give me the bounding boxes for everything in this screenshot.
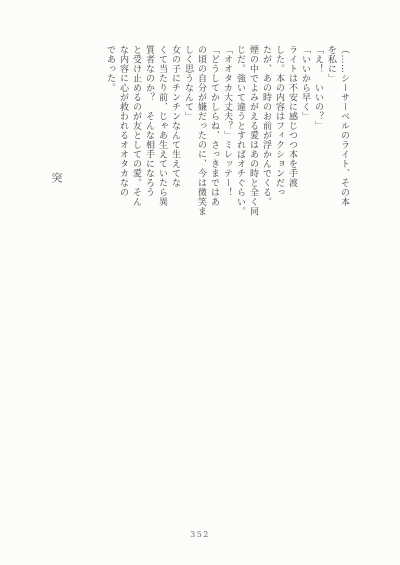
text-column: （……シーサーベルのライト、その本 [337,45,350,219]
text-column: 質者なのか？ そんな相手になろう [142,45,155,219]
page-number: 352 [190,530,210,539]
text-column: 「どうしてかしらね、さっきまではあ [207,45,220,219]
vertical-text-block: （……シーサーベルのライト、その本を私に」「え！ いいの？」「いいから早く」ライ… [103,45,350,219]
text-column: ライトは不安に感じつつ本を手渡 [285,45,298,219]
text-column: を私に」 [324,45,337,219]
text-column: な内容に心が救われるオオタカなの [116,45,129,219]
text-column: 「いいから早く」 [298,45,311,219]
text-column: であった。 [103,45,116,219]
margin-chapter-marker: 突 [48,172,64,184]
text-column: しく思うなんて」 [181,45,194,219]
text-column: 女の子にチンチンなんて生えてな [168,45,181,219]
text-column: 「え！ いいの？」 [311,45,324,219]
text-column: の頃の自分が嫌だったのに、今は微笑ま [194,45,207,219]
book-page: （……シーサーベルのライト、その本を私に」「え！ いいの？」「いいから早く」ライ… [0,0,400,565]
text-column: 「オオタカ大丈夫？」ミレッテー！ [220,45,233,219]
text-column: くて当たり前、じゃあ生えていたら異 [155,45,168,219]
text-column: した。本の内容はフィクションだっ [272,45,285,219]
text-column: じだ。強いて違うとすればオチぐらい。 [233,45,246,219]
text-column: たが、あの時のお前が浮かんでくる。 [259,45,272,219]
text-column: と受け止めるのが友としての愛。そん [129,45,142,219]
text-column: 煙の中でよみがえる愛はあの時と全く同 [246,45,259,219]
